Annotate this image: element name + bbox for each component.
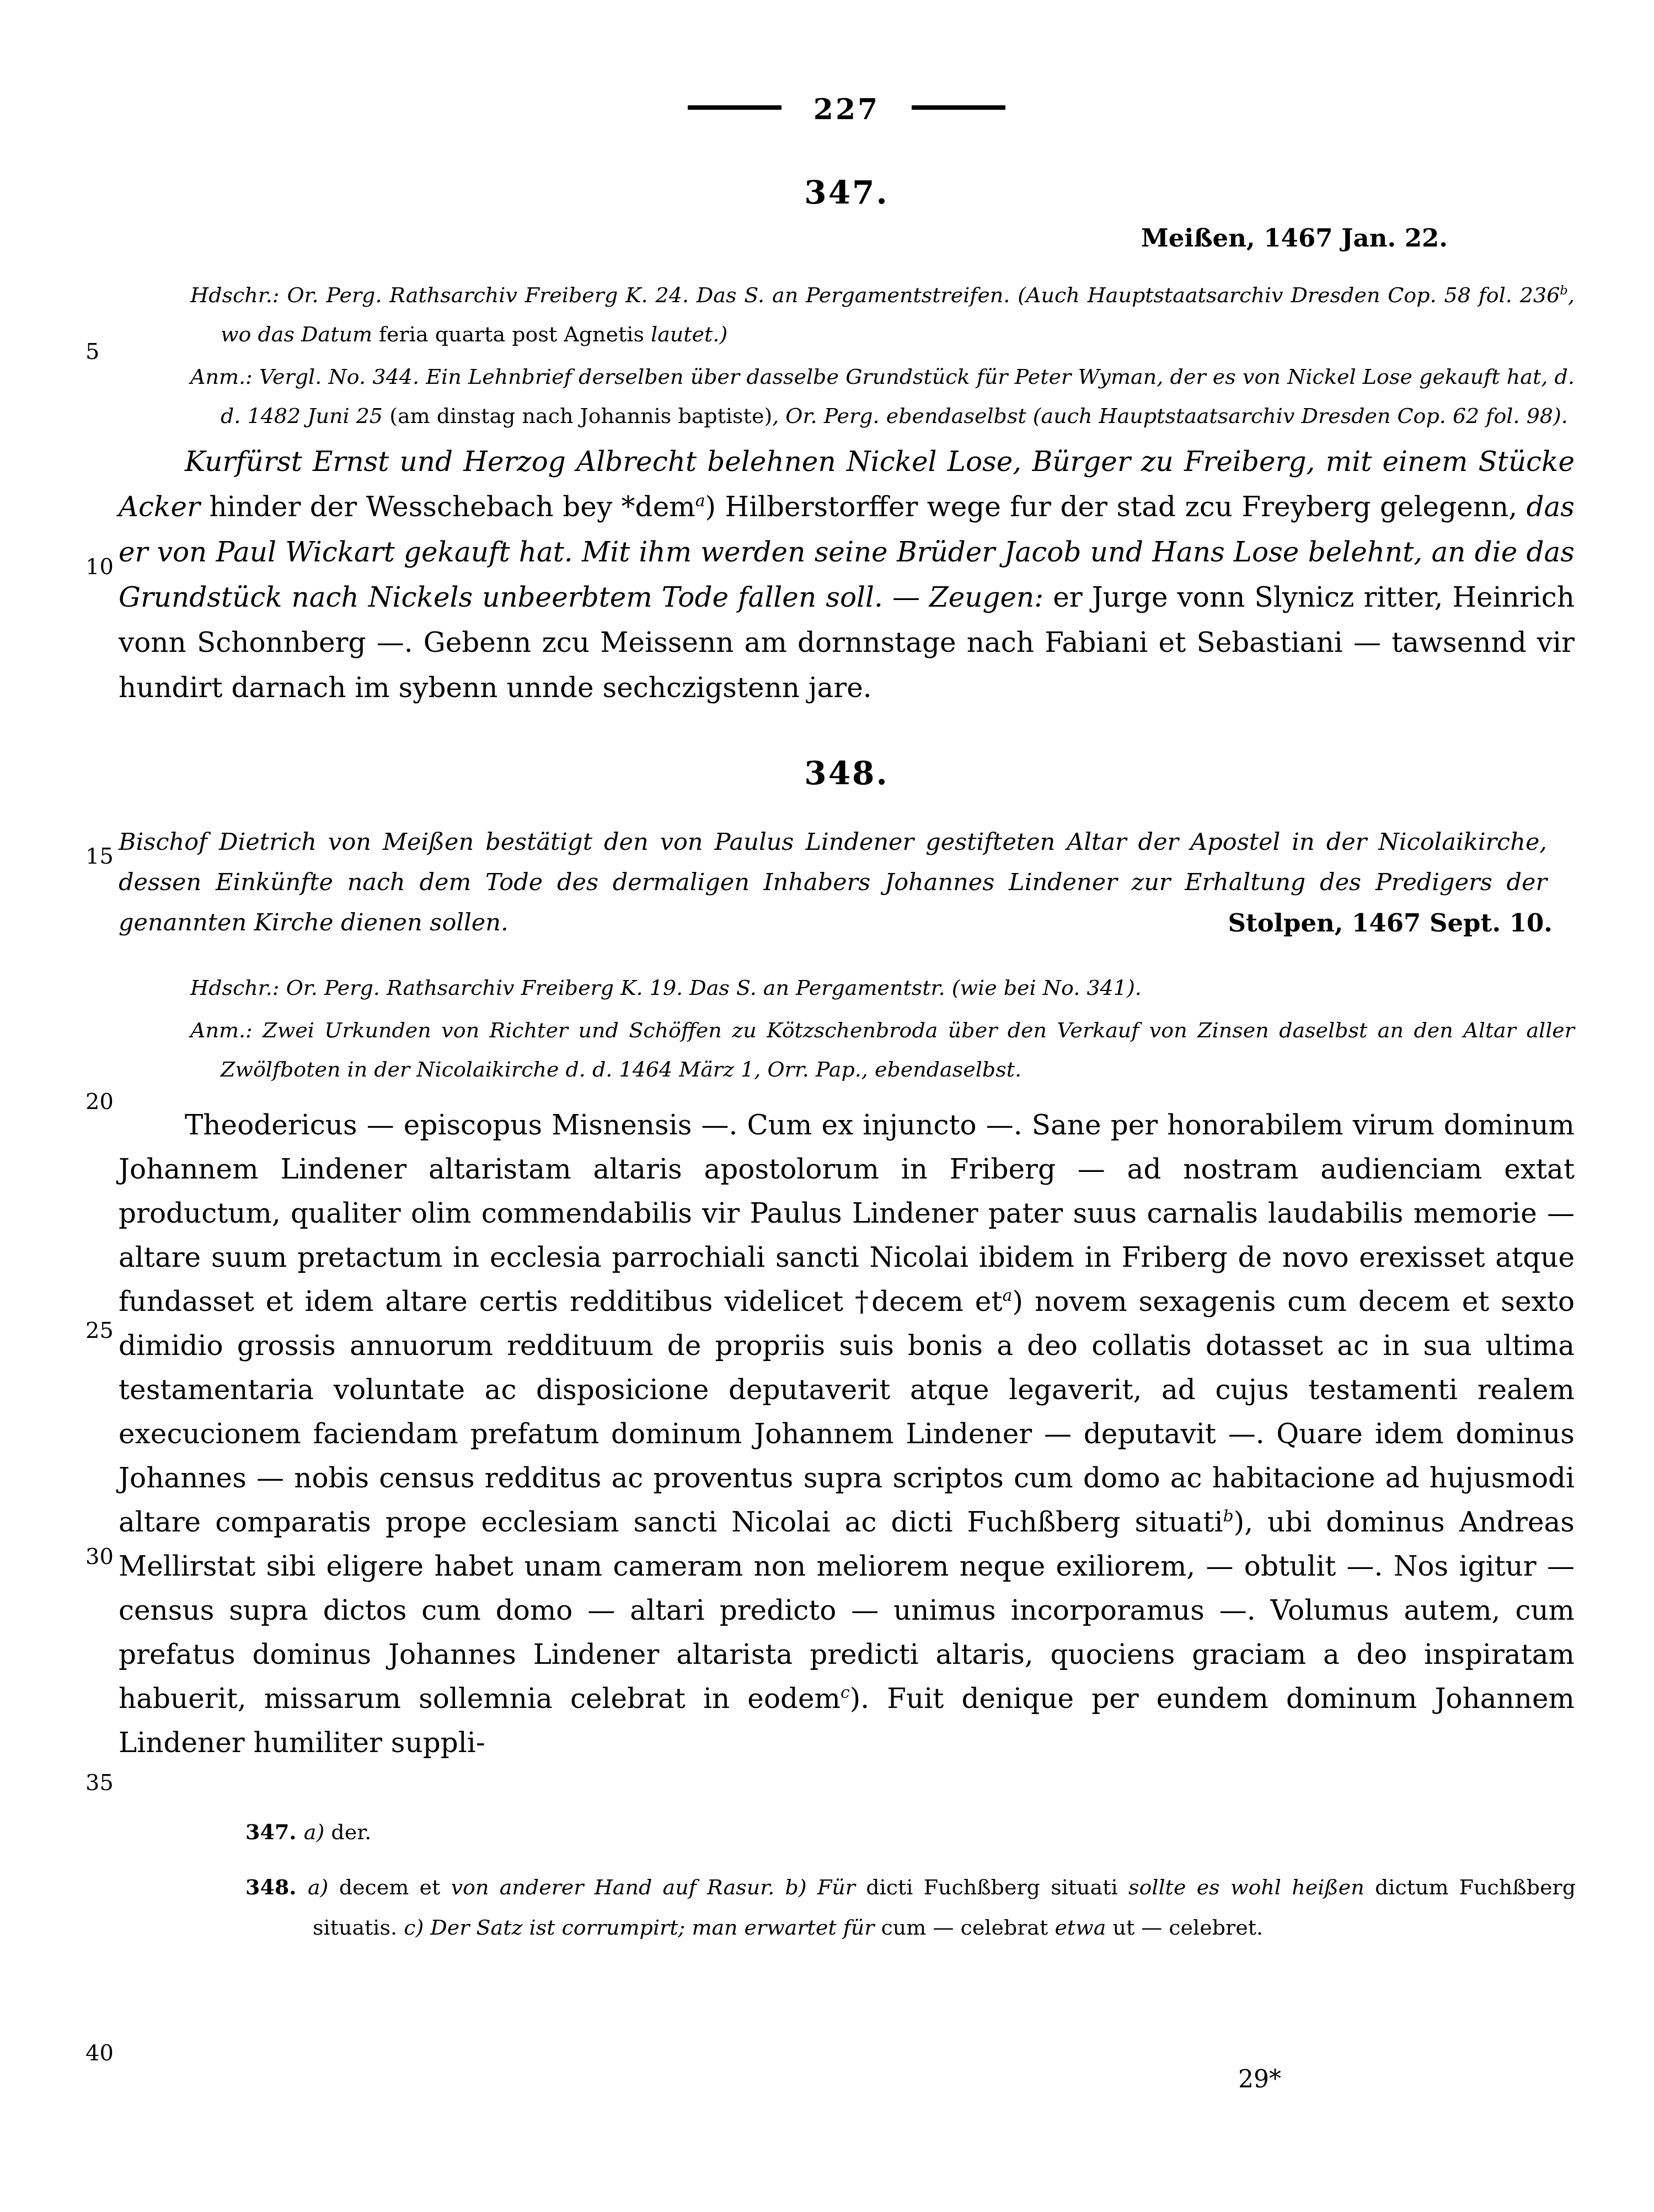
text-run: etwa <box>1055 1915 1112 1940</box>
entry-348: 348. Bischof Dietrich von Meißen bestäti… <box>119 754 1575 1765</box>
text-run: hinder der Wesschebach bey *dem <box>209 491 695 523</box>
book-page: 510152025303540 227 347. Meißen, 1467 Ja… <box>0 0 1654 2212</box>
text-run: ) novem sexagenis cum decem et sexto dim… <box>119 1286 1575 1538</box>
text-run: Hdschr.: Or. Perg. Rathsarchiv Freiberg … <box>190 283 1560 307</box>
line-number: 20 <box>85 1089 135 1115</box>
entry-348-number: 348. <box>119 754 1575 792</box>
entry-348-apparatus: Hdschr.: Or. Perg. Rathsarchiv Freiberg … <box>119 968 1575 1089</box>
text-run: feria quarta post Agnetis <box>379 322 651 346</box>
text-run: , Or. Perg. ebendaselbst (auch Hauptstaa… <box>772 404 1568 428</box>
text-run: a <box>695 491 705 511</box>
text-run: b <box>1223 1507 1233 1526</box>
page-content: 227 347. Meißen, 1467 Jan. 22. Hdschr.: … <box>119 0 1575 1948</box>
line-number: 25 <box>85 1318 135 1343</box>
entry-348-body: Theodericus — episcopus Misnensis —. Cum… <box>119 1103 1575 1765</box>
text-run: b) Für <box>785 1875 866 1899</box>
line-number: 10 <box>85 554 135 580</box>
text-run: 347. <box>245 1819 304 1844</box>
text-run: der. <box>331 1820 371 1844</box>
text-run: lautet.) <box>651 322 727 346</box>
text-run: c <box>841 1683 850 1702</box>
text-run: c) Der Satz ist corrumpirt; man erwartet… <box>404 1915 881 1940</box>
entry-348-note: Anm.: Zwei Urkunden von Richter und Schö… <box>190 1011 1575 1089</box>
footnotes: 347. a) der. 348. a) decem et von andere… <box>119 1812 1575 1948</box>
text-run: a) <box>308 1875 339 1899</box>
entry-348-summary: Bischof Dietrich von Meißen bestätigt de… <box>119 822 1547 943</box>
footnote-348: 348. a) decem et von anderer Hand auf Ra… <box>245 1867 1576 1948</box>
page-header: 227 <box>119 0 1575 126</box>
line-number: 5 <box>85 339 135 365</box>
text-run: ut — celebret. <box>1112 1915 1263 1940</box>
sheet-signature-mark: 29* <box>1238 2065 1281 2093</box>
entry-347-date-line: Meißen, 1467 Jan. 22. <box>119 223 1575 253</box>
text-run: a) <box>304 1820 331 1844</box>
line-number: 35 <box>85 1770 135 1796</box>
text-run: von anderer Hand auf Rasur. <box>451 1875 785 1899</box>
entry-348-source: Hdschr.: Or. Perg. Rathsarchiv Freiberg … <box>190 968 1575 1008</box>
line-number: 30 <box>85 1544 135 1570</box>
header-rule-left <box>688 105 781 110</box>
line-number: 40 <box>85 2040 135 2066</box>
footnote-347: 347. a) der. <box>245 1812 1576 1852</box>
entry-347-body: Kurfürst Ernst und Herzog Albrecht beleh… <box>119 439 1575 710</box>
entry-348-date-line: Stolpen, 1467 Sept. 10. <box>1228 903 1553 943</box>
entry-347-note: Anm.: Vergl. No. 344. Ein Lehnbrief ders… <box>190 357 1575 436</box>
entry-347-source: Hdschr.: Or. Perg. Rathsarchiv Freiberg … <box>190 276 1575 354</box>
text-run: ) Hilberstorffer wege fur der stad zcu F… <box>705 491 1527 523</box>
header-rule-right <box>912 105 1005 110</box>
entry-347-apparatus: Hdschr.: Or. Perg. Rathsarchiv Freiberg … <box>119 276 1575 436</box>
entry-347-number: 347. <box>119 174 1575 211</box>
text-run: cum — celebrat <box>881 1915 1055 1940</box>
text-run: (am dinstag nach Johannis baptiste) <box>389 404 772 428</box>
text-run: b <box>1560 283 1568 298</box>
text-run: dicti Fuchßberg situati <box>866 1875 1128 1899</box>
text-run: sollte es wohl heißen <box>1128 1875 1375 1899</box>
entry-347: 347. Meißen, 1467 Jan. 22. Hdschr.: Or. … <box>119 174 1575 710</box>
text-run: Hdschr.: Or. Perg. Rathsarchiv Freiberg … <box>190 976 1142 1000</box>
text-run: a <box>1003 1286 1013 1305</box>
text-run: decem et <box>339 1875 451 1899</box>
text-run: 348. <box>245 1874 308 1899</box>
page-number: 227 <box>813 93 880 126</box>
text-run: Anm.: Zwei Urkunden von Richter und Schö… <box>190 1018 1575 1081</box>
